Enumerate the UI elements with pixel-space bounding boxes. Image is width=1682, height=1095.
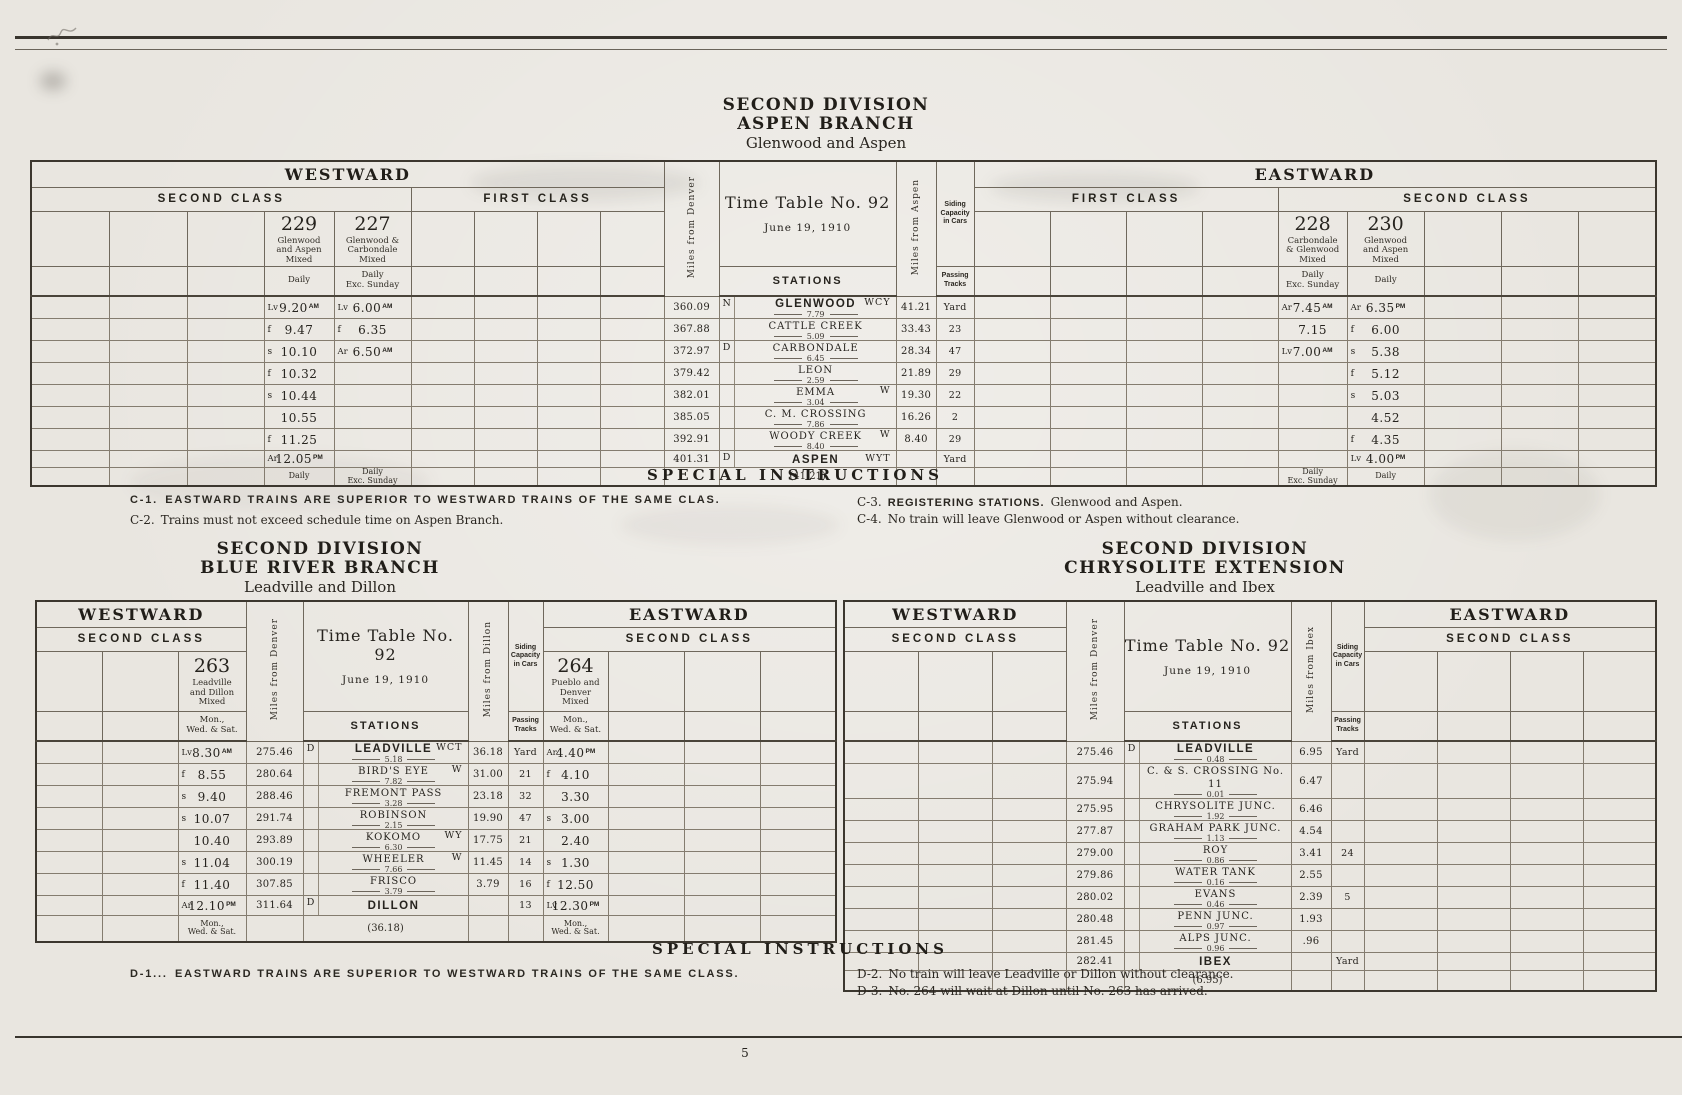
station-name-line: LEON [736, 363, 896, 376]
empty-cell [1364, 711, 1437, 741]
time-prefix: s [547, 814, 552, 824]
empty-cell [411, 266, 474, 296]
siding-cell: 5 [1331, 887, 1364, 909]
empty-cell [537, 319, 600, 341]
time-value: 10.07 [194, 812, 231, 826]
siding-cell: 29 [936, 363, 974, 385]
instructions-c-right: C-3. REGISTERING STATIONS. Glenwood and … [845, 494, 1565, 528]
miles-right-cell: 11.45 [468, 852, 508, 874]
empty-cell [992, 887, 1066, 909]
empty-cell [1424, 211, 1501, 266]
miles-left-cell: 379.42 [664, 363, 719, 385]
empty-cell [109, 319, 187, 341]
empty-cell [1364, 909, 1437, 931]
first-class-header: FIRST CLASS [974, 187, 1278, 211]
empty-cell [1578, 266, 1656, 296]
empty-cell [36, 741, 102, 764]
station-cell: LEON2.59 [719, 363, 896, 385]
empty-cell [36, 711, 102, 741]
register-letter [304, 830, 319, 851]
station-cell: FREMONT PASS3.28 [303, 786, 468, 808]
empty-cell [1583, 887, 1656, 909]
empty-cell [1583, 843, 1656, 865]
station-row: f8.55280.64BIRD'S EYEW7.8231.0021f4.10 [36, 764, 836, 786]
time-prefix: Lv [547, 901, 557, 911]
telegraph-code: WCY [864, 297, 890, 308]
empty-cell [109, 363, 187, 385]
station-row: 275.95CHRYSOLITE JUNC.1.926.46 [844, 799, 1656, 821]
instructions-d-right: D-2. No train will leave Leadville or Di… [845, 966, 1565, 1000]
siding-cell: Yard [508, 741, 543, 764]
station-row: f11.25392.91WOODY CREEKW8.408.4029f4.35 [31, 429, 1656, 451]
train-number: 263 [179, 656, 246, 676]
pen-scribble [45, 20, 79, 46]
telegraph-code: W [880, 429, 891, 440]
time-cell: f4.10 [543, 764, 608, 786]
time-value: 3.00 [561, 812, 590, 826]
distance-between: 2.15 [320, 822, 468, 829]
passing-tracks-header: Passing Tracks [1331, 711, 1364, 741]
empty-cell [1126, 211, 1202, 266]
empty-cell [844, 843, 918, 865]
miles-from-denver-header: Miles from Denver [1066, 601, 1124, 741]
empty-cell [760, 874, 836, 896]
train-229-header: 229 Glenwoodand AspenMixed [264, 211, 334, 266]
time-prefix: Ar [1282, 303, 1292, 313]
distance-between: 1.13 [1141, 835, 1291, 842]
siding-cell: 2 [936, 407, 974, 429]
miles-from-denver-header: Miles from Denver [664, 161, 719, 296]
empty-cell [1424, 429, 1501, 451]
time-value: 4.00 [1366, 452, 1395, 466]
empty-cell [1050, 319, 1126, 341]
eastward-banner: EASTWARD [974, 161, 1656, 187]
time-value: 9.20 [279, 301, 308, 315]
station-row: Lv8.30AM275.46DLEADVILLEWCT5.1836.18Yard… [36, 741, 836, 764]
empty-cell [918, 821, 992, 843]
train-263-frequency: Mon.,Wed. & Sat. [178, 711, 246, 741]
time-prefix: s [182, 814, 187, 824]
empty-cell [36, 916, 102, 942]
empty-cell [36, 651, 102, 711]
scan-smudge [40, 72, 66, 90]
train-number: 230 [1348, 214, 1424, 234]
instruction-item: C-2. Trains must not exceed schedule tim… [75, 512, 755, 528]
telegraph-code: W [452, 852, 463, 863]
station-name-line: ASPENWYT [736, 453, 896, 466]
station-cell: WHEELERW7.66 [303, 852, 468, 874]
station-cell: EMMAW3.04 [719, 385, 896, 407]
westward-banner: WESTWARD [31, 161, 664, 187]
time-value: 12.30 [552, 899, 589, 913]
miles-left-cell: 275.46 [1066, 741, 1124, 764]
empty-cell [1437, 799, 1510, 821]
empty-cell [537, 363, 600, 385]
siding-cell: 21 [508, 764, 543, 786]
station-name-line: C. M. CROSSING [736, 407, 896, 420]
siding-cell: 13 [508, 896, 543, 916]
time-value: 11.25 [281, 433, 318, 447]
instruction-number: D-2. [857, 967, 882, 981]
empty-cell [844, 865, 918, 887]
empty-cell [844, 711, 918, 741]
empty-cell [1583, 821, 1656, 843]
empty-cell [1364, 799, 1437, 821]
miles-left-cell: 311.64 [246, 896, 303, 916]
time-cell [334, 363, 411, 385]
empty-cell [31, 341, 109, 363]
time-cell [334, 385, 411, 407]
register-letter: D [720, 341, 735, 362]
train-227-header: 227 Glenwood &CarbondaleMixed [334, 211, 411, 266]
time-value: 4.40 [556, 746, 585, 760]
empty-cell [608, 711, 684, 741]
empty-cell [36, 852, 102, 874]
siding-cell [1331, 799, 1364, 821]
empty-cell [1437, 651, 1510, 711]
empty-cell [1583, 711, 1656, 741]
time-cell: 2.40 [543, 830, 608, 852]
empty-cell [974, 407, 1050, 429]
time-prefix: s [1351, 391, 1356, 401]
time-value: 4.52 [1371, 411, 1400, 425]
time-prefix: Lv [268, 303, 278, 313]
station-name: LEADVILLE [355, 743, 432, 755]
blue-river-heading: SECOND DIVISION BLUE RIVER BRANCH Leadvi… [35, 540, 605, 596]
siding-cell: 29 [936, 429, 974, 451]
empty-cell [918, 843, 992, 865]
time-value: 12.10 [188, 899, 225, 913]
empty-cell [684, 711, 760, 741]
second-class-header: SECOND CLASS [543, 627, 836, 651]
station-row: Lv9.20AMLv6.00AM360.09NGLENWOODWCY7.7941… [31, 296, 1656, 319]
distance-between: 2.59 [736, 377, 896, 384]
train-230-frequency: Daily [1347, 266, 1424, 296]
time-prefix: s [268, 391, 273, 401]
division-title: SECOND DIVISION [35, 540, 605, 559]
station-row: 279.00ROY0.863.4124 [844, 843, 1656, 865]
empty-cell [474, 385, 537, 407]
empty-cell [1424, 266, 1501, 296]
siding-cell: 21 [508, 830, 543, 852]
miles-right-cell: 33.43 [896, 319, 936, 341]
station-row: 10.55385.05C. M. CROSSING7.8616.2624.52 [31, 407, 1656, 429]
empty-cell [187, 296, 264, 319]
empty-cell [1126, 451, 1202, 468]
meridiem: PM [1396, 303, 1406, 310]
station-cell: EVANS0.46 [1124, 887, 1291, 909]
division-title: SECOND DIVISION [0, 96, 1652, 115]
time-value: 7.00 [1293, 345, 1322, 359]
miles-from-dillon-header: Miles from Dillon [468, 601, 508, 741]
distance-between: 3.79 [320, 888, 468, 895]
miles-right-cell: 3.41 [1291, 843, 1331, 865]
station-row: s9.40288.46FREMONT PASS3.2823.18323.30 [36, 786, 836, 808]
station-name: C. & S. CROSSING No. 11 [1147, 766, 1284, 790]
empty-cell [36, 786, 102, 808]
time-prefix: Ar [547, 748, 557, 758]
station-row: 275.94C. & S. CROSSING No. 110.016.47 [844, 764, 1656, 799]
siding-cell: 23 [936, 319, 974, 341]
empty-cell [1578, 451, 1656, 468]
register-letter [1125, 909, 1140, 930]
train-229-frequency: Daily [264, 266, 334, 296]
empty-cell [992, 741, 1066, 764]
special-instructions-title: SPECIAL INSTRUCTIONS [30, 466, 1560, 484]
empty-cell [1510, 651, 1583, 711]
station-cell: DCARBONDALE6.45 [719, 341, 896, 363]
time-value: 6.00 [1371, 323, 1400, 337]
station-name: WHEELER [362, 854, 424, 865]
empty-cell [109, 429, 187, 451]
empty-cell [102, 711, 178, 741]
miles-left-cell: 300.19 [246, 852, 303, 874]
empty-cell [474, 429, 537, 451]
train-264-header: 264 Pueblo andDenverMixed [543, 651, 608, 711]
empty-cell [918, 799, 992, 821]
empty-cell [1501, 385, 1578, 407]
empty-cell [31, 266, 109, 296]
time-value: 5.03 [1371, 389, 1400, 403]
empty-cell [1050, 211, 1126, 266]
empty-cell [102, 651, 178, 711]
time-prefix: f [1351, 369, 1354, 379]
time-cell: Ar6.35PM [1347, 296, 1424, 319]
distance-between: 8.40 [736, 443, 896, 450]
empty-cell [36, 874, 102, 896]
time-cell [334, 407, 411, 429]
empty-cell [411, 385, 474, 407]
instruction-number: D-3. [857, 984, 882, 998]
miles-right-cell: 6.46 [1291, 799, 1331, 821]
register-letter [1125, 764, 1140, 798]
timetable-title-cell: Time Table No. 92 June 19, 1910 [303, 601, 468, 711]
distance-between: 6.30 [320, 844, 468, 851]
time-value: 10.55 [281, 411, 318, 425]
station-name: GLENWOOD [775, 298, 856, 310]
empty-cell [102, 896, 178, 916]
miles-left-cell: 385.05 [664, 407, 719, 429]
miles-left-cell: 277.87 [1066, 821, 1124, 843]
time-prefix: Ar [1351, 303, 1361, 313]
empty-cell [684, 741, 760, 764]
miles-right-cell [468, 896, 508, 916]
register-letter: D [304, 896, 319, 915]
empty-cell [1583, 741, 1656, 764]
time-value: 6.35 [358, 323, 387, 337]
station-cell: CATTLE CREEK5.09 [719, 319, 896, 341]
empty-cell [992, 843, 1066, 865]
meridiem: PM [313, 454, 323, 461]
empty-cell [1578, 341, 1656, 363]
empty-cell [1202, 211, 1278, 266]
second-class-header: SECOND CLASS [1364, 627, 1656, 651]
train-number: 264 [544, 656, 608, 676]
time-cell: 10.55 [264, 407, 334, 429]
empty-cell [537, 429, 600, 451]
empty-cell [1364, 764, 1437, 799]
empty-cell [684, 808, 760, 830]
empty-cell [608, 916, 684, 942]
telegraph-code: W [452, 764, 463, 775]
miles-from-ibex-label: Miles from Ibex [1306, 626, 1316, 713]
instruction-number: C-3. [857, 495, 882, 509]
empty-cell [1050, 363, 1126, 385]
train-228-header: 228 Carbondale& GlenwoodMixed [1278, 211, 1347, 266]
miles-left-cell: 280.02 [1066, 887, 1124, 909]
empty-cell [760, 711, 836, 741]
distance-between: 0.86 [1141, 857, 1291, 864]
empty-cell [974, 211, 1050, 266]
footer-cell: Mon.,Wed. & Sat. [543, 916, 608, 942]
empty-cell [844, 764, 918, 799]
time-value: 7.15 [1298, 323, 1327, 337]
meridiem: AM [1322, 347, 1332, 354]
siding-cell: 16 [508, 874, 543, 896]
time-cell: Lv8.30AM [178, 741, 246, 764]
instructions-c-left: C-1. EASTWARD TRAINS ARE SUPERIOR TO WES… [75, 492, 755, 531]
station-row: 277.87GRAHAM PARK JUNC.1.134.54 [844, 821, 1656, 843]
empty-cell [31, 385, 109, 407]
register-letter [1125, 887, 1140, 908]
train-description: Glenwoodand AspenMixed [265, 237, 334, 266]
empty-cell [1583, 931, 1656, 953]
time-cell [1278, 407, 1347, 429]
empty-cell [187, 429, 264, 451]
empty-cell [600, 266, 664, 296]
miles-left-cell: 307.85 [246, 874, 303, 896]
empty-cell [600, 407, 664, 429]
miles-right-cell: 3.79 [468, 874, 508, 896]
time-value: 10.44 [281, 389, 318, 403]
siding-cell: Yard [936, 451, 974, 468]
empty-cell [411, 211, 474, 266]
station-name: BIRD'S EYE [358, 766, 429, 777]
meridiem: AM [382, 303, 392, 310]
station-name: FREMONT PASS [345, 788, 442, 799]
station-name-line: ROBINSON [320, 808, 468, 821]
time-cell: Lv12.30PM [543, 896, 608, 916]
miles-right-cell: 1.93 [1291, 909, 1331, 931]
empty-cell [1126, 429, 1202, 451]
station-name: EVANS [1195, 889, 1237, 900]
station-name: LEON [798, 365, 833, 376]
station-name: ROBINSON [360, 810, 428, 821]
aspen-branch-timetable: WESTWARD Miles from Denver Time Table No… [30, 160, 1657, 487]
instruction-number: D-1... [130, 968, 168, 980]
station-cell: GRAHAM PARK JUNC.1.13 [1124, 821, 1291, 843]
meridiem: PM [1396, 454, 1406, 461]
empty-cell [102, 830, 178, 852]
time-cell: s10.44 [264, 385, 334, 407]
second-class-header: SECOND CLASS [844, 627, 1066, 651]
station-cell: PENN JUNC.0.97 [1124, 909, 1291, 931]
branch-title: BLUE RIVER BRANCH [35, 559, 605, 578]
empty-cell [1437, 887, 1510, 909]
eastward-banner: EASTWARD [543, 601, 836, 627]
miles-left-cell: 293.89 [246, 830, 303, 852]
empty-cell [1501, 429, 1578, 451]
empty-cell [974, 385, 1050, 407]
station-row: 275.46DLEADVILLE0.486.95Yard [844, 741, 1656, 764]
empty-cell [474, 211, 537, 266]
empty-cell [1202, 341, 1278, 363]
station-name-line: CATTLE CREEK [736, 319, 896, 332]
empty-cell [1424, 319, 1501, 341]
time-cell: Ar6.50AM [334, 341, 411, 363]
empty-cell [508, 916, 543, 942]
time-prefix: Lv [1282, 347, 1292, 357]
empty-cell [1202, 385, 1278, 407]
miles-from-denver-header: Miles from Denver [246, 601, 303, 741]
empty-cell [537, 266, 600, 296]
time-cell: Ar4.40PM [543, 741, 608, 764]
train-number: 229 [265, 214, 334, 234]
empty-cell [1424, 385, 1501, 407]
empty-cell [474, 363, 537, 385]
miles-from-denver-label: Miles from Denver [1090, 618, 1100, 720]
instruction-item: D-3. No. 264 will wait at Dillon until N… [845, 983, 1565, 999]
meridiem: AM [382, 347, 392, 354]
miles-from-ibex-header: Miles from Ibex [1291, 601, 1331, 741]
siding-capacity-header: Siding Capacity in Cars [1331, 601, 1364, 711]
empty-cell [1437, 764, 1510, 799]
empty-cell [31, 296, 109, 319]
empty-cell [1583, 651, 1656, 711]
top-rule-thin [15, 49, 1667, 50]
distance-between: 5.09 [736, 333, 896, 340]
time-cell: s5.03 [1347, 385, 1424, 407]
branch-endpoints: Leadville and Ibex [845, 578, 1565, 596]
time-prefix: s [182, 858, 187, 868]
station-name: C. M. CROSSING [765, 409, 867, 420]
time-value: 6.00 [353, 301, 382, 315]
time-prefix: Ar [268, 454, 278, 464]
empty-cell [992, 865, 1066, 887]
station-name: FRISCO [370, 876, 417, 887]
time-cell: s3.00 [543, 808, 608, 830]
empty-cell [1126, 385, 1202, 407]
siding-cell [1331, 821, 1364, 843]
meridiem: PM [226, 901, 236, 908]
time-cell: s1.30 [543, 852, 608, 874]
empty-cell [1501, 407, 1578, 429]
time-cell [1278, 385, 1347, 407]
meridiem: AM [222, 748, 232, 755]
time-prefix: f [182, 770, 185, 780]
station-name: WOODY CREEK [769, 431, 862, 442]
empty-cell [608, 874, 684, 896]
time-cell [334, 451, 411, 468]
station-cell: DLEADVILLE0.48 [1124, 741, 1291, 764]
time-prefix: f [182, 880, 185, 890]
empty-cell [1501, 341, 1578, 363]
time-cell: f10.32 [264, 363, 334, 385]
register-letter [304, 764, 319, 785]
empty-cell [1437, 741, 1510, 764]
time-cell: Lv9.20AM [264, 296, 334, 319]
time-cell: s10.07 [178, 808, 246, 830]
empty-cell [684, 786, 760, 808]
empty-cell [1510, 909, 1583, 931]
empty-cell [109, 407, 187, 429]
empty-cell [992, 764, 1066, 799]
empty-cell [1050, 266, 1126, 296]
station-name-line: EMMAW [736, 385, 896, 398]
empty-cell [1437, 711, 1510, 741]
train-264-frequency: Mon.,Wed. & Sat. [543, 711, 608, 741]
empty-cell [1126, 266, 1202, 296]
